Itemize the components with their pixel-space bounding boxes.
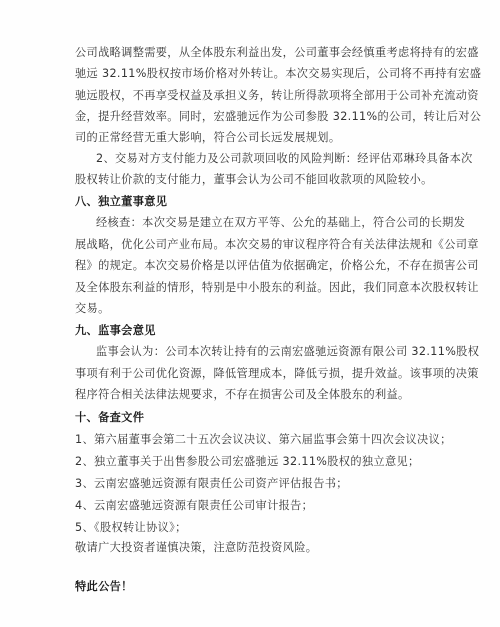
reference-document-item: 5、《股权转让协议》； [75,521,431,535]
section-9-line: 监事会认为：公司本次转让持有的云南宏盛驰远资源有限公司 32.11%股权 [96,345,431,359]
reference-document-item: 2、独立董事关于出售参股公司宏盛驰远 32.11%股权的独立意见； [75,455,431,469]
section-8-line: 交易。 [75,302,431,316]
section-heading-reference-documents: 十、备查文件 [75,411,431,425]
paragraph-line: 公司战略调整需要，从全体股东利益出发，公司董事会经慎重考虑将持有的宏盛 [75,46,431,60]
section-9-line: 程序符合相关法律法规要求，不存在损害公司及全体股东的利益。 [75,388,431,402]
section-8-line: 及全体股东利益的情形，特别是中小股东的利益。因此，我们同意本次股权转让 [75,281,431,295]
section-8-line: 经核查：本次交易是建立在双方平等、公允的基础上，符合公司的长期发 [96,216,431,230]
risk-judgement-line: 股权转让价款的支付能力，董事会认为公司不能回收款项的风险较小。 [75,173,431,187]
closing-statement: 特此公告！ [75,580,431,594]
document-page: 公司战略调整需要，从全体股东利益出发，公司董事会经慎重考虑将持有的宏盛 驰远 3… [0,0,500,627]
paragraph-line: 金，提升经营效率。同时，宏盛驰远作为公司参股 32.11%的公司，转让后对公 [75,110,431,124]
risk-judgement-line: 2、交易对方支付能力及公司款项回收的风险判断：经评估邓琳玲具备本次 [96,152,431,166]
paragraph-line: 驰远股权，不再享受权益及承担义务，转让所得款项将全部用于公司补充流动资 [75,89,431,103]
reference-document-item: 4、云南宏盛驰远资源有限责任公司审计报告； [75,499,431,513]
section-8-line: 程》的规定。本次交易价格是以评估值为依据确定，价格公允，不存在损害公司 [75,259,431,273]
reference-document-item: 3、云南宏盛驰远资源有限责任公司资产评估报告书； [75,477,431,491]
paragraph-line: 司的正常经营无重大影响，符合公司长远发展规划。 [75,131,431,145]
risk-notice: 敬请广大投资者谨慎决策，注意防范投资风险。 [75,541,431,555]
paragraph-line: 驰远 32.11%股权按市场价格对外转让。本次交易实现后，公司将不再持有宏盛 [75,67,431,81]
section-heading-independent-directors: 八、独立董事意见 [75,195,431,209]
section-heading-supervisory-board: 九、监事会意见 [75,324,431,338]
reference-document-item: 1、第六届董事会第二十五次会议决议、第六届监事会第十四次会议决议； [75,433,431,447]
section-8-line: 展战略，优化公司产业布局。本次交易的审议程序符合有关法律法规和《公司章 [75,238,431,252]
section-9-line: 事项有利于公司优化资源，降低管理成本，降低亏损，提升效益。该事项的决策 [75,367,431,381]
